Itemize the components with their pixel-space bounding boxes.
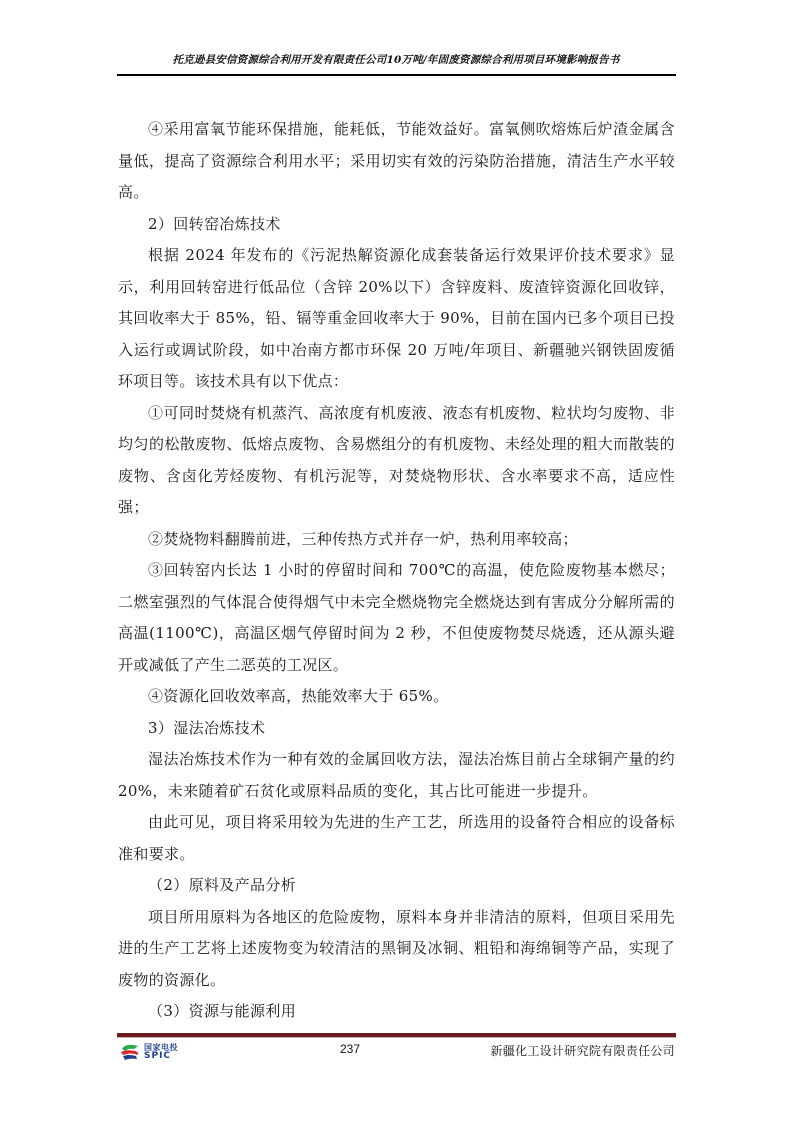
section-heading: （3）资源与能源利用 <box>118 996 675 1028</box>
spic-logo-icon <box>119 1043 141 1061</box>
paragraph: ④采用富氧节能环保措施，能耗低，节能效益好。富氧侧吹熔炼后炉渣金属含量低，提高了… <box>118 114 675 209</box>
list-item: ①可同时焚烧有机蒸汽、高浓度有机废液、液态有机废物、粒状均匀废物、非均匀的松散废… <box>118 398 675 524</box>
company-logo: 国家电投 SPIC <box>119 1043 178 1061</box>
footer-organization: 新疆化工设计研究院有限责任公司 <box>490 1042 675 1059</box>
paragraph: 由此可见，项目将采用较为先进的生产工艺，所选用的设备符合相应的设备标准和要求。 <box>118 807 675 870</box>
header-rule <box>117 74 676 76</box>
list-item: ②焚烧物料翻腾前进，三种传热方式并存一炉，热利用率较高； <box>118 524 675 556</box>
page-body: ④采用富氧节能环保措施，能耗低，节能效益好。富氧侧吹熔炼后炉渣金属含量低，提高了… <box>118 114 675 1028</box>
paragraph: 根据 2024 年发布的《污泥热解资源化成套装备运行效果评价技术要求》显示，利用… <box>118 240 675 398</box>
list-item: ④资源化回收效率高，热能效率大于 65%。 <box>118 681 675 713</box>
paragraph: 项目所用原料为各地区的危险废物，原料本身并非清洁的原料，但项目采用先进的生产工艺… <box>118 902 675 997</box>
list-item: ③回转窑内长达 1 小时的停留时间和 700℃的高温，使危险废物基本燃尽；二燃室… <box>118 555 675 681</box>
page-number: 237 <box>320 1042 380 1056</box>
section-heading: 2）回转窑冶炼技术 <box>118 209 675 241</box>
footer-rule-thin <box>117 1037 676 1038</box>
running-header: 托克逊县安信资源综合利用开发有限责任公司10万吨/年固废资源综合利用项目环境影响… <box>118 52 674 67</box>
paragraph: 湿法冶炼技术作为一种有效的金属回收方法，湿法冶炼目前占全球铜产量的约 20%，未… <box>118 744 675 807</box>
section-heading: 3）湿法冶炼技术 <box>118 713 675 745</box>
section-heading: （2）原料及产品分析 <box>118 870 675 902</box>
logo-en-text: SPIC <box>144 1052 178 1061</box>
